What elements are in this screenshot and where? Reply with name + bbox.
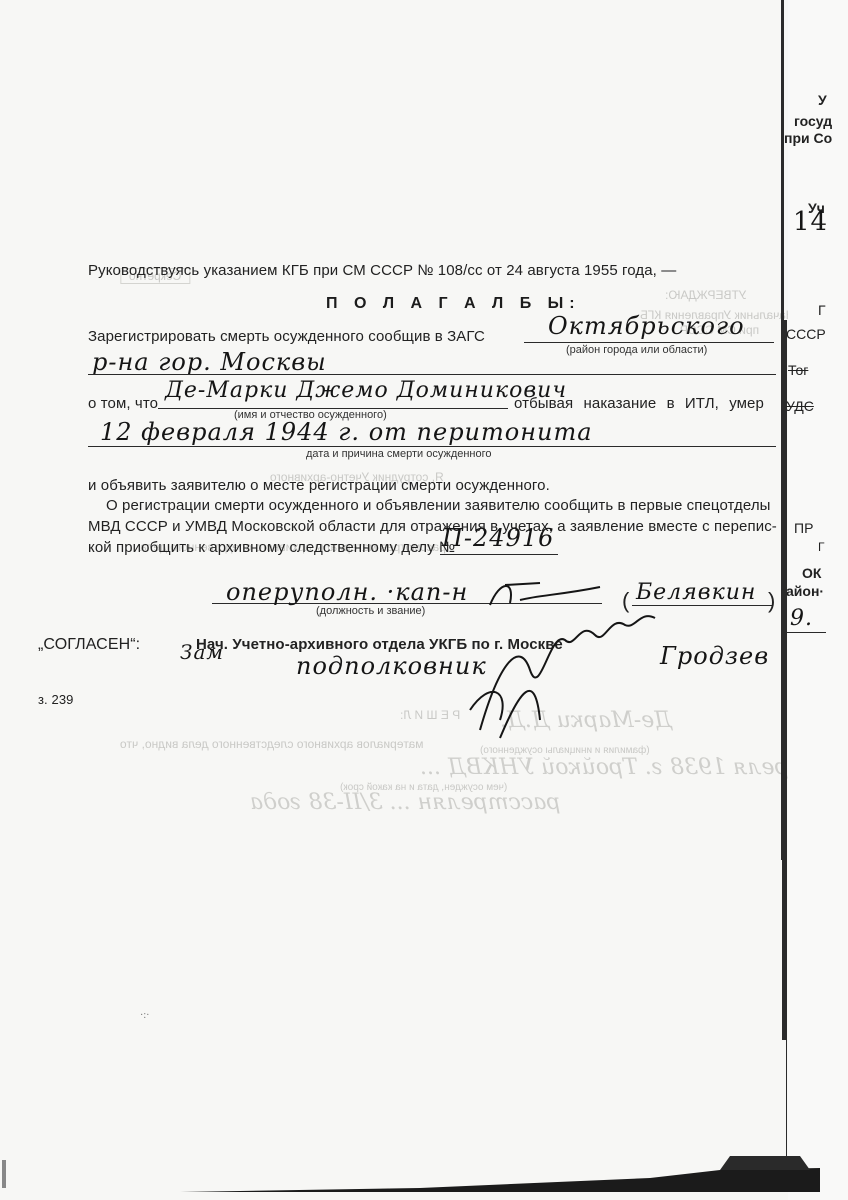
scan-shadow [0,1150,848,1200]
edge-text: госуд [794,113,832,129]
edge-text: УДС [786,398,814,414]
edge-text: У [818,92,827,108]
edge-text: Г [818,540,825,554]
stray-mark: ·:· [140,1010,149,1021]
edge-text: ПР [794,520,813,536]
footer-code: з. 239 [38,692,73,707]
page-edge-thick [782,320,787,1040]
about-prefix: о том, что [88,395,158,412]
paren-close: ) [768,588,775,614]
edge-text: ОК [802,565,821,581]
para2-line3: кой приобщить к архивному следственному … [88,539,455,556]
convict-name-handwritten: Де-Марки Джемо Доминикович [165,378,567,403]
zags-handwritten-city: р-на гор. Москвы [92,348,327,376]
zags-handwritten: Октябрьского [548,312,745,340]
document-page: Секретно УТВЕРЖДАЮ: Начальник Управления… [0,0,848,1200]
next-page-strip [788,0,848,1200]
edge-text: СССР [786,326,826,342]
serving-text: отбывая наказание в ИТЛ, умер [514,395,764,412]
register-prefix: Зарегистрировать смерть осужденного сооб… [88,328,485,345]
announce-text: и объявить заявителю о месте регистрации… [88,477,550,494]
bleed-approve: УТВЕРЖДАЮ: [665,288,747,302]
signature-scrawl [440,600,680,740]
intro-text: Руководствуясь указанием КГБ при СМ СССР… [88,262,676,279]
position-caption: (должность и звание) [316,605,425,617]
death-handwritten: 12 февраля 1944 г. от перитонита [100,418,593,446]
para2-line2: МВД СССР и УМВД Московской области для о… [88,518,777,535]
zags-caption: (район города или области) [566,344,707,356]
edge-text: Г [818,302,826,318]
document-heading: П О Л А Г А Л Б Ы: [326,295,581,313]
edge-handwritten: 9. [790,606,813,631]
death-caption: дата и причина смерти осужденного [306,448,492,460]
case-number-handwritten: П-24916 [442,524,554,552]
bleed-line: материалов архивного следственного дела … [120,737,423,751]
position-handwritten: оперуполн. ·кап-н [226,578,468,606]
edge-text: Тог [788,362,808,378]
bleed-hand: Апреля 1938 г. Тройкой УНКВД ... [420,755,819,780]
edge-text: айон· [786,583,824,599]
agreed-mark-handwritten: Зам [180,640,224,664]
edge-text: при Со [784,130,832,146]
agreed-label: „СОГЛАСЕН“: [38,636,140,654]
bleed-hand: расстрелян ... 3/II-38 года [250,790,560,815]
edge-handwritten-number: 14 [793,207,828,237]
para2-line1: О регистрации смерти осужденного и объяв… [106,497,771,514]
